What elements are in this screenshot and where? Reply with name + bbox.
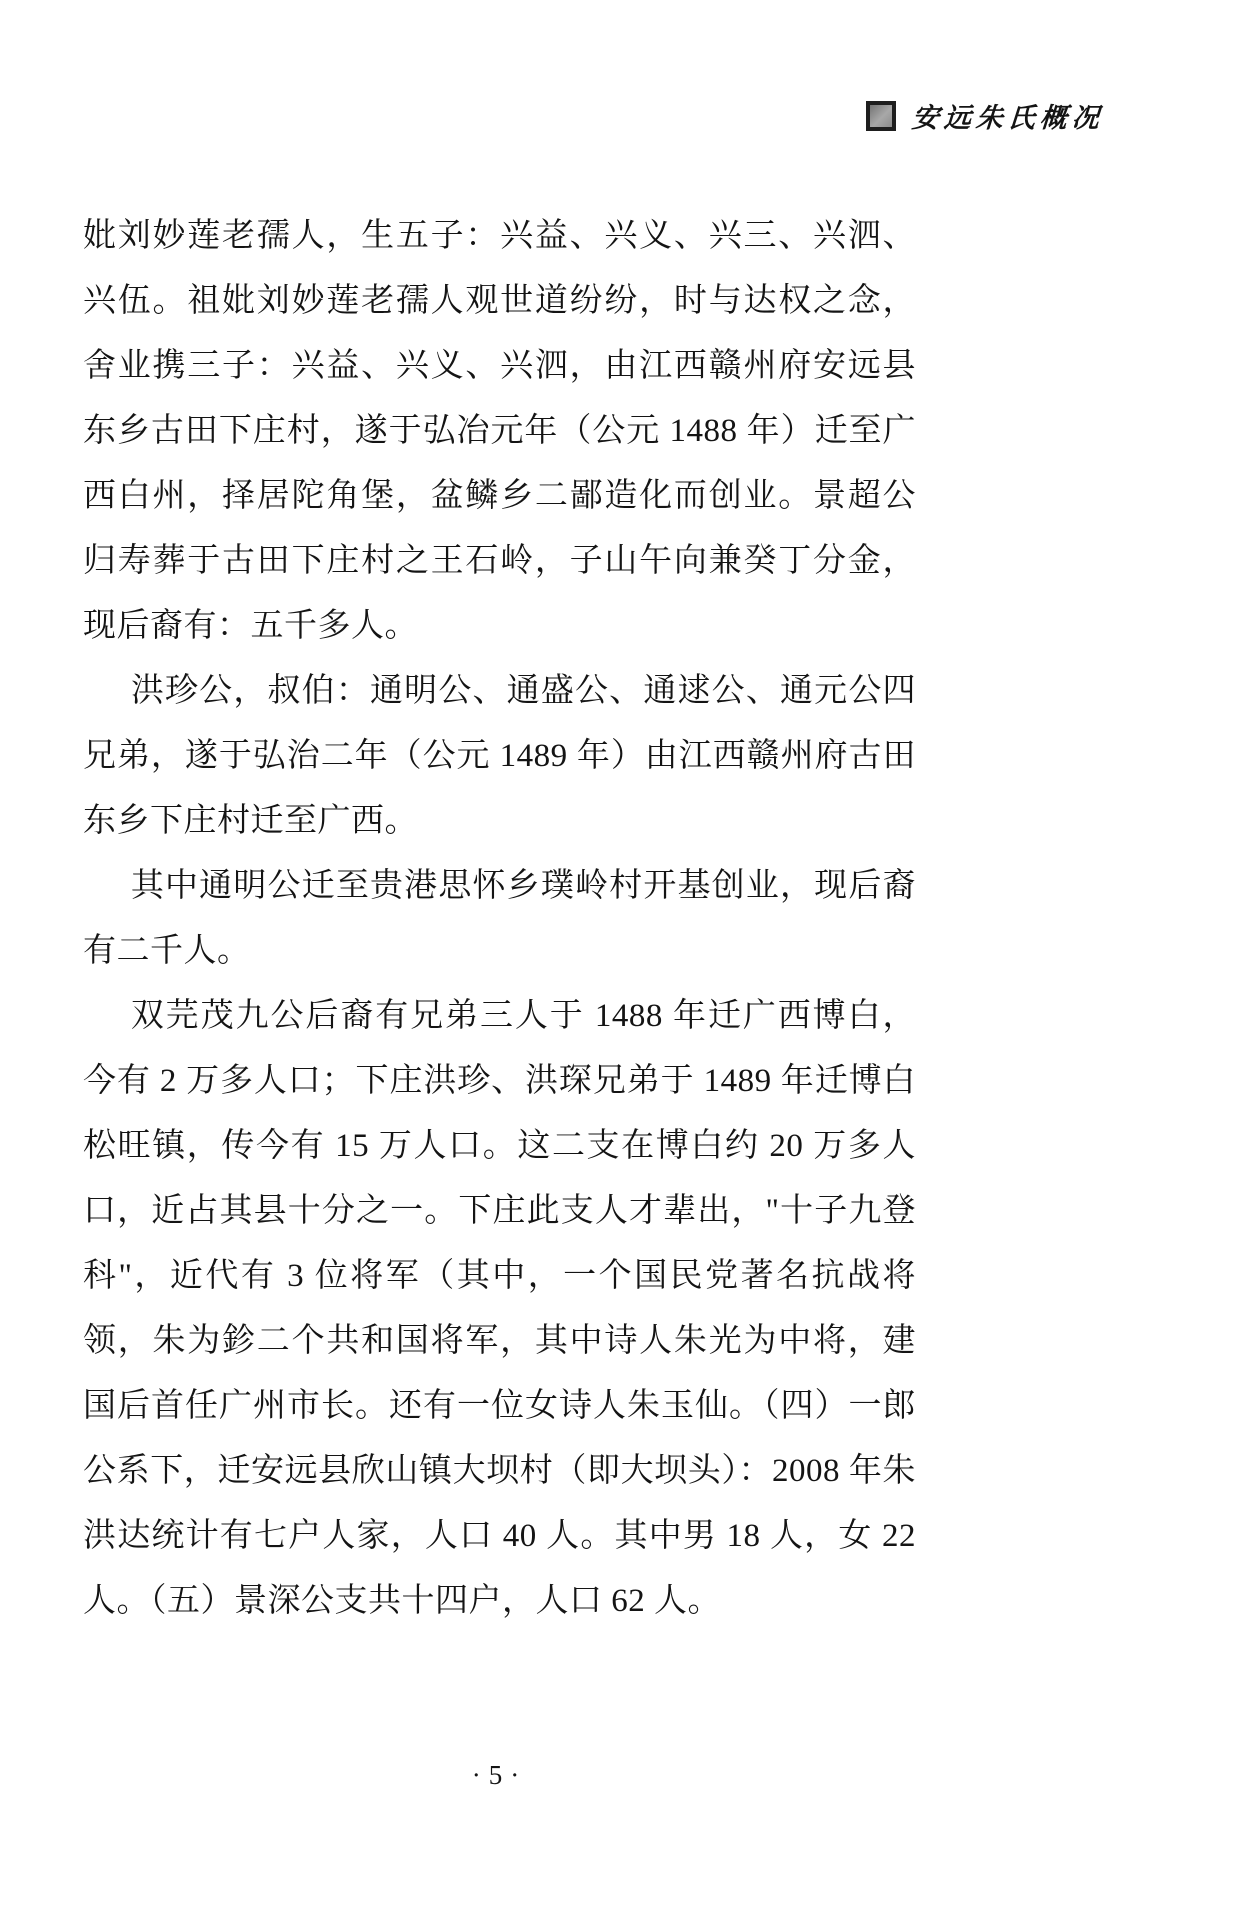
publisher-mark-square-icon [866,101,896,131]
document-page: 安远朱氏概况 妣刘妙莲老孺人，生五子：兴益、兴义、兴三、兴泗、兴伍。祖妣刘妙莲老… [0,0,1256,1920]
page-header: 安远朱氏概况 [0,96,1104,135]
page-header-title: 安远朱氏概况 [911,96,1106,135]
paragraph: 其中通明公迁至贵港思怀乡璞岭村开基创业，现后裔有二千人。 [83,854,916,984]
paragraph: 妣刘妙莲老孺人，生五子：兴益、兴义、兴三、兴泗、兴伍。祖妣刘妙莲老孺人观世道纷纷… [83,204,916,659]
page-footer: ·5· [83,1760,916,1791]
body-text: 妣刘妙莲老孺人，生五子：兴益、兴义、兴三、兴泗、兴伍。祖妣刘妙莲老孺人观世道纷纷… [83,204,916,1634]
page-number: ·5· [472,1760,527,1790]
paragraph: 洪珍公，叔伯：通明公、通盛公、通逑公、通元公四兄弟，遂于弘治二年（公元 1489… [83,659,916,854]
paragraph: 双芫茂九公后裔有兄弟三人于 1488 年迁广西博白，今有 2 万多人口；下庄洪珍… [83,984,916,1634]
